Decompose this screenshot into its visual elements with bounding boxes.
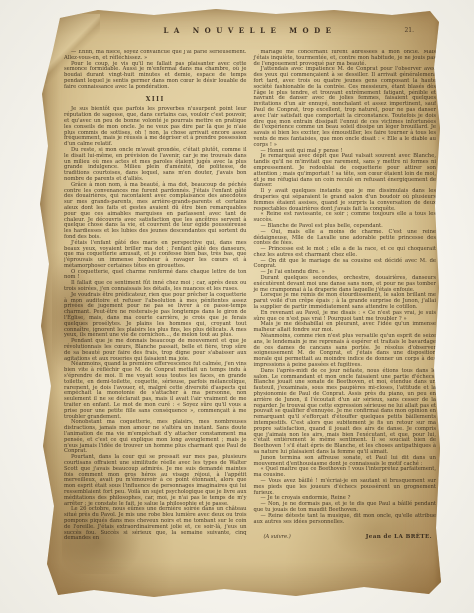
paragraph: Je remarquai avec dépit que Paul valsait… xyxy=(254,154,437,189)
left-column: — Enfin, ma nièce, soyez convaincue que … xyxy=(64,50,247,578)
paper-torn-left-edge xyxy=(34,6,60,604)
paragraph: Nonobstant ma coquetterie, mes plaisirs,… xyxy=(64,420,247,455)
paragraph: Le 26 octobre, nous eûmes une dernière s… xyxy=(64,507,247,542)
paragraph: — Oui, mais elle a moins de charme. C'es… xyxy=(254,230,437,247)
paragraph: — Princesse est le mot ; elle a de la ra… xyxy=(254,247,437,259)
masthead: LA NOUVELLE MODE 21. xyxy=(64,26,436,39)
paragraph: mariage me concernant furent adressées à… xyxy=(254,50,437,67)
paragraph: — Reine déteste tant la musique, dit mon… xyxy=(254,514,437,526)
paragraph: Grâce à mon nom, à ma beauté, à ma dot, … xyxy=(64,183,247,241)
text-columns: — Enfin, ma nièce, soyez convaincue que … xyxy=(64,50,436,578)
paragraph: Pour le coup, je vis qu'il ne fallait pa… xyxy=(64,62,247,91)
paragraph: J'attendais avec impatience M. de Conpra… xyxy=(254,67,437,148)
paragraph: Néanmoins, comme rien n'est plus versati… xyxy=(254,334,437,369)
paragraph: Il y avait quelques instants que je me d… xyxy=(254,189,437,212)
magazine-page: LA NOUVELLE MODE 21. — Enfin, ma nièce, … xyxy=(34,6,446,604)
page-number: 21. xyxy=(404,27,414,34)
scan-background: LA NOUVELLE MODE 21. — Enfin, ma nièce, … xyxy=(0,0,474,613)
colophon: (A suivre.) Jean de LA BRÈTE. xyxy=(254,534,437,540)
journal-title: LA NOUVELLE MODE xyxy=(64,26,436,35)
paragraph: — Enfin, ma nièce, soyez convaincue que … xyxy=(64,50,247,62)
paragraph: Pourtant, dans la cour qui se pressait s… xyxy=(64,455,247,507)
paragraph: Du reste, si mon oncle m'avait grondée, … xyxy=(64,148,247,183)
paragraph: Je sus bientôt que parfois les proverbes… xyxy=(64,107,247,148)
paragraph: — Non, je ne dormais pas, et je te dis q… xyxy=(254,502,437,514)
paragraph: J'étais l'enfant gâté des maris en persp… xyxy=(64,241,247,270)
paragraph: Pendant que je me donnais beaucoup de mo… xyxy=(64,339,247,362)
paragraph: Lorsque je me remis de mon étourdissemen… xyxy=(254,293,437,310)
paragraph: Dans l'après-midi de ce jour néfaste, no… xyxy=(254,369,437,456)
paragraph: Je voudrais être prédicateur, rien que p… xyxy=(64,293,247,339)
author-signature: Jean de LA BRÈTE. xyxy=(366,534,432,540)
to-be-continued-note: (A suivre.) xyxy=(264,534,291,540)
paragraph: Durant quelques secondes, orchestre, dou… xyxy=(254,276,437,293)
page-content: LA NOUVELLE MODE 21. — Enfin, ma nièce, … xyxy=(64,26,436,578)
right-column: mariage me concernant furent adressées à… xyxy=(254,50,437,578)
right-column-text: mariage me concernant furent adressées à… xyxy=(254,50,437,525)
paragraph: Néanmoins, quand la première effervescen… xyxy=(64,362,247,420)
chapter-heading: XIII xyxy=(64,97,247,103)
paragraph: — Vous avez bâillé ! m'écriai-je en saut… xyxy=(254,479,437,496)
